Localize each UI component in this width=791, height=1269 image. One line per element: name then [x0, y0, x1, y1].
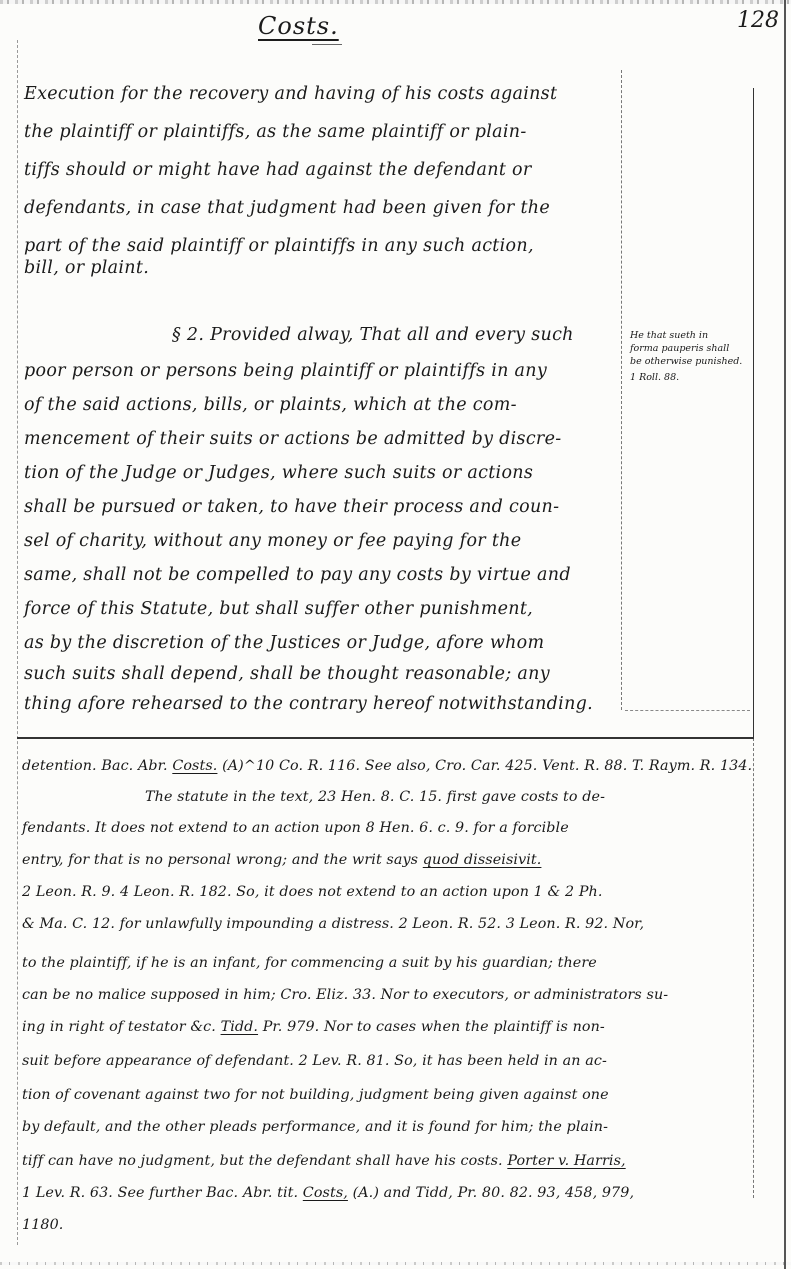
- scan-edge-top: [0, 0, 791, 4]
- note-text: Pr. 979. Nor to cases when the plaintiff…: [258, 1019, 605, 1035]
- note-text: 1 Lev. R. 63. See further Bac. Abr. tit.: [22, 1185, 303, 1201]
- text-line: force of this Statute, but shall suffer …: [24, 599, 533, 619]
- note-text: entry, for that is no personal wrong; an…: [22, 852, 423, 868]
- text-line: sel of charity, without any money or fee…: [24, 531, 521, 551]
- note-text: ing in right of testator &c.: [22, 1019, 221, 1035]
- text-line: mencement of their suits or actions be a…: [24, 429, 561, 449]
- manuscript-page: Costs. 128 Execution for the recovery an…: [0, 0, 791, 1269]
- note-text: suit before appearance of defendant. 2 L…: [22, 1053, 607, 1069]
- text-line: same, shall not be compelled to pay any …: [24, 565, 571, 585]
- section-heading-line: § 2. Provided alway, That all and every …: [172, 325, 574, 345]
- text-line: Execution for the recovery and having of…: [24, 84, 557, 104]
- text-line: bill, or plaint.: [24, 258, 149, 278]
- note-line: by default, and the other pleads perform…: [22, 1119, 608, 1135]
- dotted-line-filler: [625, 710, 750, 711]
- page-title: Costs.: [258, 12, 339, 40]
- note-text: 2 Leon. R. 9. 4 Leon. R. 182. So, it doe…: [22, 884, 603, 900]
- note-line: tion of covenant against two for not bui…: [22, 1087, 609, 1103]
- text-column-rule: [621, 70, 622, 710]
- text-line: poor person or persons being plaintiff o…: [24, 361, 547, 381]
- note-text: The statute in the text, 23 Hen. 8. C. 1…: [145, 789, 605, 805]
- statute-notes-divider: [17, 737, 754, 739]
- text-line: defendants, in case that judgment had be…: [24, 198, 550, 218]
- margin-note-column-rule: [753, 88, 754, 738]
- notes-column-rule: [753, 738, 754, 1198]
- text-line: such suits shall depend, shall be though…: [24, 664, 550, 684]
- note-text: 1180.: [22, 1217, 63, 1233]
- note-line: 1180.: [22, 1217, 63, 1233]
- note-underlined-text: Tidd.: [221, 1019, 258, 1035]
- note-line: entry, for that is no personal wrong; an…: [22, 852, 541, 868]
- note-text: (A.) and Tidd, Pr. 80. 82. 93, 458, 979,: [348, 1185, 634, 1201]
- note-line: ing in right of testator &c. Tidd. Pr. 9…: [22, 1019, 605, 1035]
- note-text: fendants. It does not extend to an actio…: [22, 820, 569, 836]
- text-line: part of the said plaintiff or plaintiffs…: [24, 236, 534, 256]
- text-line: shall be pursued or taken, to have their…: [24, 497, 559, 517]
- text-line: of the said actions, bills, or plaints, …: [24, 395, 517, 415]
- page-number: 128: [737, 8, 779, 33]
- note-line: The statute in the text, 23 Hen. 8. C. 1…: [145, 789, 605, 805]
- note-underlined-text: Porter v. Harris,: [507, 1153, 625, 1169]
- note-line: 2 Leon. R. 9. 4 Leon. R. 182. So, it doe…: [22, 884, 603, 900]
- margin-note-line: forma pauperis shall: [630, 343, 729, 355]
- note-line: suit before appearance of defendant. 2 L…: [22, 1053, 607, 1069]
- note-line: can be no malice supposed in him; Cro. E…: [22, 987, 668, 1003]
- note-text: (A)^10 Co. R. 116. See also, Cro. Car. 4…: [217, 758, 752, 774]
- note-line: detention. Bac. Abr. Costs. (A)^10 Co. R…: [22, 758, 752, 774]
- scan-edge-bottom: [0, 1262, 791, 1265]
- text-line: the plaintiff or plaintiffs, as the same…: [24, 122, 527, 142]
- note-line: & Ma. C. 12. for unlawfully impounding a…: [22, 916, 644, 932]
- page-right-border: [784, 0, 786, 1269]
- note-text: tion of covenant against two for not bui…: [22, 1087, 609, 1103]
- note-line: to the plaintiff, if he is an infant, fo…: [22, 955, 597, 971]
- note-line: tiff can have no judgment, but the defen…: [22, 1153, 626, 1169]
- margin-note-line: He that sueth in: [630, 330, 708, 342]
- note-text: by default, and the other pleads perform…: [22, 1119, 608, 1135]
- note-line: fendants. It does not extend to an actio…: [22, 820, 569, 836]
- note-text: to the plaintiff, if he is an infant, fo…: [22, 955, 597, 971]
- note-underlined-text: Costs.: [172, 758, 217, 774]
- note-text: detention. Bac. Abr.: [22, 758, 172, 774]
- left-margin-rule: [17, 40, 18, 1245]
- note-underlined-text: quod disseisivit.: [423, 852, 542, 868]
- text-line: thing afore rehearsed to the contrary he…: [24, 694, 593, 714]
- margin-note-line: be otherwise punished.: [630, 356, 742, 368]
- note-underlined-text: Costs,: [303, 1185, 348, 1201]
- note-text: tiff can have no judgment, but the defen…: [22, 1153, 507, 1169]
- text-line: tiffs should or might have had against t…: [24, 160, 532, 180]
- title-flourish: [312, 44, 342, 45]
- text-line: tion of the Judge or Judges, where such …: [24, 463, 533, 483]
- note-line: 1 Lev. R. 63. See further Bac. Abr. tit.…: [22, 1185, 634, 1201]
- margin-note-line: 1 Roll. 88.: [630, 372, 679, 384]
- text-line: as by the discretion of the Justices or …: [24, 633, 544, 653]
- note-text: & Ma. C. 12. for unlawfully impounding a…: [22, 916, 644, 932]
- note-text: can be no malice supposed in him; Cro. E…: [22, 987, 668, 1003]
